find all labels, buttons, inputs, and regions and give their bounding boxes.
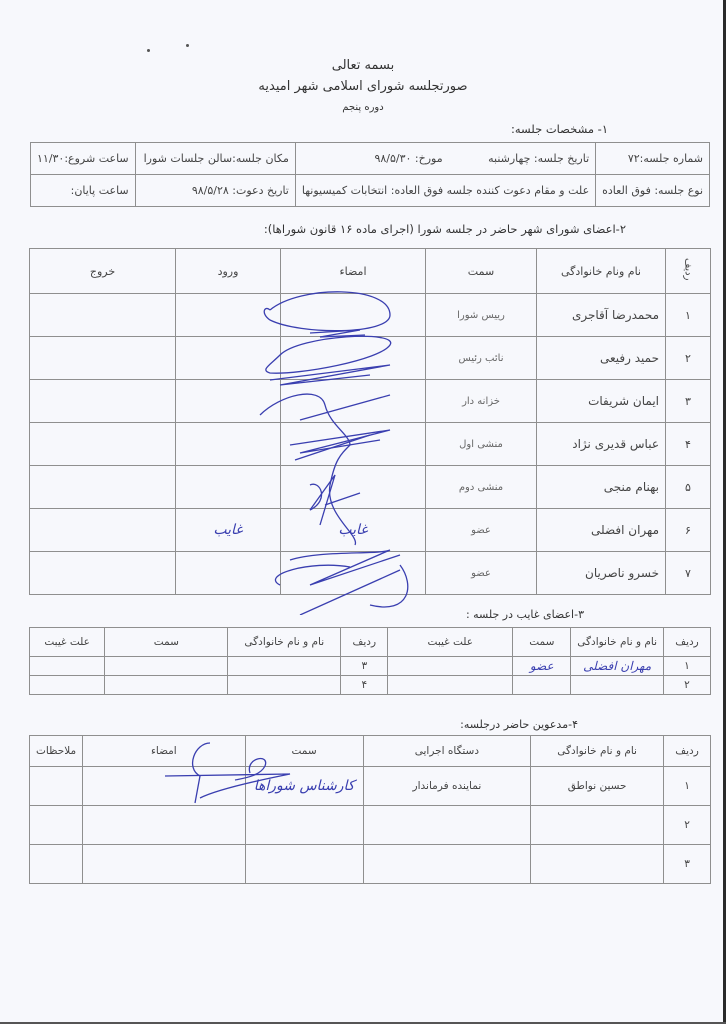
- entry-cell: [176, 337, 281, 380]
- table-header-row: ردیف نام ونام خانوادگی سمت امضاء ورود خر…: [30, 249, 711, 294]
- member-role: نائب رئیس: [426, 337, 537, 380]
- row-number: ۳: [341, 657, 388, 676]
- invited-guests-table: ردیف نام و نام خانوادگی دستگاه اجرایی سم…: [29, 735, 711, 884]
- col-signature: امضاء: [281, 249, 426, 294]
- exit-cell: [30, 294, 176, 337]
- col-row: ردیف: [664, 628, 711, 657]
- table-row: ۷ خسرو ناصریان عضو: [30, 552, 711, 595]
- entry-cell: [176, 294, 281, 337]
- exit-cell: [30, 380, 176, 423]
- row-number: ۲: [664, 806, 711, 845]
- col-role: سمت: [426, 249, 537, 294]
- session-date: تاریخ جلسه: چهارشنبه: [449, 143, 596, 175]
- section1-title: ۱- مشخصات جلسه:: [511, 122, 608, 136]
- entry-cell: [176, 552, 281, 595]
- table-header-row: ردیف نام و نام خانوادگی دستگاه اجرایی سم…: [30, 736, 711, 767]
- absent-role: [513, 676, 571, 695]
- session-reason: علت و مقام دعوت کننده جلسه فوق العاده: ا…: [295, 175, 595, 207]
- table-row: ۶ مهران افضلی عضو غایب غایب: [30, 509, 711, 552]
- exit-cell: [30, 337, 176, 380]
- term-label: دوره پنجم: [0, 102, 726, 113]
- absent-name: [571, 676, 664, 695]
- guest-agency: نماینده فرماندار: [363, 767, 531, 806]
- exit-cell: [30, 466, 176, 509]
- table-row: نوع جلسه: فوق العاده علت و مقام دعوت کنن…: [31, 175, 710, 207]
- col-role: سمت: [105, 628, 228, 657]
- col-role: سمت: [513, 628, 571, 657]
- signature-cell: [281, 466, 426, 509]
- absence-reason: [30, 657, 105, 676]
- row-number: ۲: [664, 676, 711, 695]
- absent-role: [105, 676, 228, 695]
- member-name: حمید رفیعی: [537, 337, 666, 380]
- end-time: ساعت پایان:: [31, 175, 136, 207]
- signature-cell: [281, 294, 426, 337]
- absent-role: عضو: [513, 657, 571, 676]
- row-number: ۳: [664, 845, 711, 884]
- member-role: منشی اول: [426, 423, 537, 466]
- col-name: نام و نام خانوادگی: [571, 628, 664, 657]
- signature-cell: [281, 380, 426, 423]
- guest-name: [531, 845, 664, 884]
- col-name: نام ونام خانوادگی: [537, 249, 666, 294]
- row-number: ۷: [666, 552, 711, 595]
- guest-role: کارشناس شوراها: [245, 767, 363, 806]
- exit-cell: [30, 552, 176, 595]
- entry-cell: غایب: [176, 509, 281, 552]
- section3-title: ۳-اعضای غایب در جلسه :: [466, 608, 584, 621]
- col-row: ردیف: [664, 736, 711, 767]
- absent-role: [105, 657, 228, 676]
- absence-reason: [388, 676, 513, 695]
- present-members-table: ردیف نام ونام خانوادگی سمت امضاء ورود خر…: [29, 248, 711, 595]
- col-entry: ورود: [176, 249, 281, 294]
- member-role: عضو: [426, 552, 537, 595]
- signature-cell: [83, 806, 246, 845]
- guest-role: [245, 845, 363, 884]
- col-exit: خروج: [30, 249, 176, 294]
- member-name: خسرو ناصریان: [537, 552, 666, 595]
- member-name: بهنام منجی: [537, 466, 666, 509]
- table-row: شماره جلسه:۷۲ تاریخ جلسه: چهارشنبه مورخ:…: [31, 143, 710, 175]
- row-number: ۶: [666, 509, 711, 552]
- row-number: ۴: [341, 676, 388, 695]
- start-time: ساعت شروع:۱۱/۳۰: [31, 143, 136, 175]
- col-name: نام و نام خانوادگی: [531, 736, 664, 767]
- guest-name: [531, 806, 664, 845]
- member-name: محمدرضا آقاجری: [537, 294, 666, 337]
- signature-cell: [83, 767, 246, 806]
- signature-cell: [281, 337, 426, 380]
- signature-cell: [281, 423, 426, 466]
- absent-name: [228, 676, 341, 695]
- table-row: ۲: [30, 806, 711, 845]
- entry-cell: [176, 423, 281, 466]
- session-date-value: مورخ: ۹۸/۵/۳۰: [295, 143, 448, 175]
- absent-name: [228, 657, 341, 676]
- col-remarks: ملاحظات: [30, 736, 83, 767]
- guest-agency: [363, 806, 531, 845]
- invitation-date: تاریخ دعوت: ۹۸/۵/۲۸: [135, 175, 295, 207]
- col-agency: دستگاه اجرایی: [363, 736, 531, 767]
- signature-cell: [83, 845, 246, 884]
- member-role: عضو: [426, 509, 537, 552]
- entry-cell: [176, 466, 281, 509]
- member-name: ایمان شریفات: [537, 380, 666, 423]
- table-row: ۳: [30, 845, 711, 884]
- col-absence-reason: علت غیبت: [30, 628, 105, 657]
- row-number: ۱: [666, 294, 711, 337]
- session-location: مکان جلسه:سالن جلسات شورا: [135, 143, 295, 175]
- table-row: ۲ ۴: [30, 676, 711, 695]
- absence-reason: [388, 657, 513, 676]
- exit-cell: [30, 423, 176, 466]
- table-header-row: ردیف نام و نام خانوادگی سمت علت غیبت ردی…: [30, 628, 711, 657]
- table-row: ۵ بهنام منجی منشی دوم: [30, 466, 711, 509]
- row-number: ۲: [666, 337, 711, 380]
- session-number: شماره جلسه:۷۲: [596, 143, 710, 175]
- table-row: ۱ مهران افضلی عضو ۳: [30, 657, 711, 676]
- table-row: ۲ حمید رفیعی نائب رئیس: [30, 337, 711, 380]
- absent-note: غایب: [213, 522, 242, 538]
- remarks-cell: [30, 806, 83, 845]
- col-row: ردیف: [341, 628, 388, 657]
- absent-note: غایب: [338, 522, 367, 538]
- session-type: نوع جلسه: فوق العاده: [596, 175, 710, 207]
- section2-title: ۲-اعضای شورای شهر حاضر در جلسه شورا (اجر…: [264, 222, 626, 236]
- guest-agency: [363, 845, 531, 884]
- absent-name: مهران افضلی: [571, 657, 664, 676]
- exit-cell: [30, 509, 176, 552]
- minutes-page: بسمه تعالی صورتجلسه شورای اسلامی شهر امی…: [0, 0, 726, 1024]
- col-absence-reason: علت غیبت: [388, 628, 513, 657]
- document-title: صورتجلسه شورای اسلامی شهر امیدیه: [0, 79, 726, 94]
- invocation-heading: بسمه تعالی: [0, 58, 726, 73]
- member-name: مهران افضلی: [537, 509, 666, 552]
- row-number: ۳: [666, 380, 711, 423]
- section4-title: ۴-مدعوین حاضر درجلسه:: [460, 718, 578, 731]
- session-info-table: شماره جلسه:۷۲ تاریخ جلسه: چهارشنبه مورخ:…: [30, 142, 710, 207]
- absent-members-table: ردیف نام و نام خانوادگی سمت علت غیبت ردی…: [29, 627, 711, 695]
- member-name: عباس قدیری نژاد: [537, 423, 666, 466]
- col-name: نام و نام خانوادگی: [228, 628, 341, 657]
- row-number: ۵: [666, 466, 711, 509]
- absence-reason: [30, 676, 105, 695]
- guest-name: حسین نواطق: [531, 767, 664, 806]
- signature-cell: غایب: [281, 509, 426, 552]
- guest-role: [245, 806, 363, 845]
- scan-speck: [186, 44, 189, 47]
- member-role: خزانه دار: [426, 380, 537, 423]
- remarks-cell: [30, 845, 83, 884]
- entry-cell: [176, 380, 281, 423]
- row-number: ۱: [664, 767, 711, 806]
- scan-speck: [147, 49, 150, 52]
- table-row: ۱ حسین نواطق نماینده فرماندار کارشناس شو…: [30, 767, 711, 806]
- remarks-cell: [30, 767, 83, 806]
- signature-cell: [281, 552, 426, 595]
- table-row: ۳ ایمان شریفات خزانه دار: [30, 380, 711, 423]
- member-role: رییس شورا: [426, 294, 537, 337]
- table-row: ۴ عباس قدیری نژاد منشی اول: [30, 423, 711, 466]
- row-number: ۱: [664, 657, 711, 676]
- col-role: سمت: [245, 736, 363, 767]
- col-signature: امضاء: [83, 736, 246, 767]
- table-row: ۱ محمدرضا آقاجری رییس شورا: [30, 294, 711, 337]
- member-role: منشی دوم: [426, 466, 537, 509]
- col-row: ردیف: [666, 249, 711, 294]
- row-number: ۴: [666, 423, 711, 466]
